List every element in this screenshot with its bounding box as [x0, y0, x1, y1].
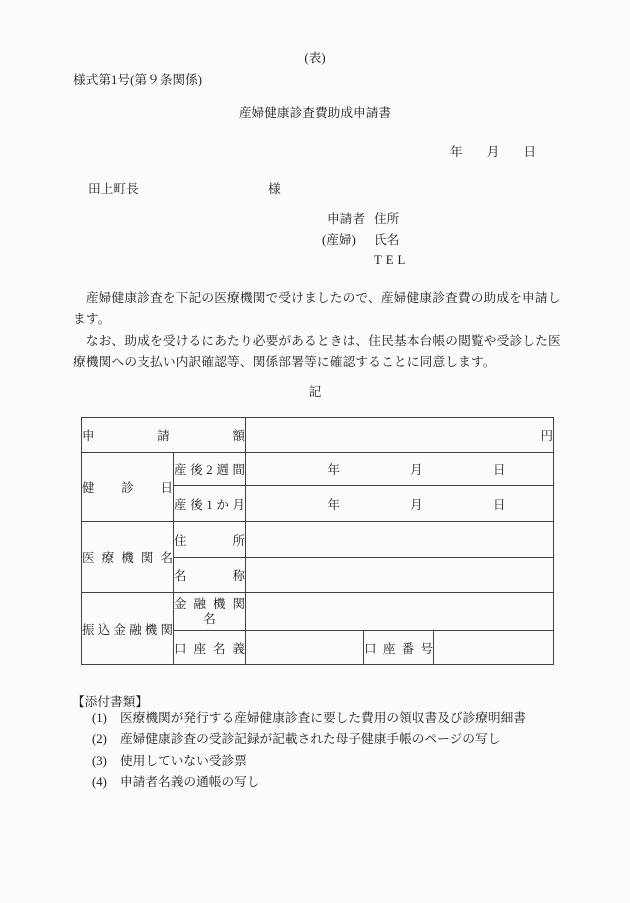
attachments-list: (1) 医療機関が発行する産婦健康診査に要した費用の領収書及び診療明細書 (2)… [92, 708, 526, 793]
application-amount-label: 申請額 [82, 418, 246, 453]
institution-name-label: 名称 [174, 558, 246, 593]
applicant-tel-label: TEL [374, 250, 409, 271]
medical-institution-group-label: 医療機関名 [82, 522, 174, 593]
attachment-item-number: (1) [92, 708, 120, 729]
list-item: (3) 使用していない受診票 [92, 751, 526, 772]
month-label: 月 [487, 141, 500, 160]
institution-address-value-cell [246, 522, 554, 558]
table-row-institution-address: 医療機関名 住所 [82, 522, 554, 558]
addressee-honorific: 様 [268, 178, 281, 197]
attachment-item-number: (2) [92, 729, 120, 750]
header-date-line: 年 月 日 [450, 141, 536, 160]
applicant-address-label: 住所 [374, 209, 409, 230]
month-label: 月 [410, 495, 423, 513]
institution-name-value-cell [246, 558, 554, 593]
page-title: 産婦健康診査費助成申請書 [0, 102, 630, 121]
note-marker: 記 [0, 381, 630, 400]
checkup-date-1month-value-cell: 年 月 日 [246, 486, 554, 522]
attachment-item-text: 申請者名義の通帳の写し [120, 772, 260, 793]
account-number-value-cell [434, 631, 554, 665]
day-label: 日 [493, 460, 506, 478]
attachment-item-number: (3) [92, 751, 120, 772]
attachment-item-number: (4) [92, 772, 120, 793]
applicant-block: 申請者 住所 (産婦) 氏名 TEL [322, 209, 409, 271]
table-row-amount: 申請額 円 [82, 418, 554, 453]
table-row-checkup-2weeks: 健診日 産後2週間 年 月 日 [82, 453, 554, 486]
body-line: 産婦健康診査を下記の医療機関で受けましたので、産婦健康診査費の助成を申請し [73, 288, 565, 309]
account-name-label: 口座名義 [174, 631, 246, 665]
list-item: (4) 申請者名義の通帳の写し [92, 772, 526, 793]
year-label: 年 [328, 495, 341, 513]
applicant-name-label: 氏名 [374, 230, 409, 251]
body-line: ます。 [73, 309, 565, 330]
application-form-page: (表) 様式第1号(第９条関係) 産婦健康診査費助成申請書 年 月 日 田上町長… [0, 0, 630, 903]
checkup-date-2weeks-value-cell: 年 月 日 [246, 453, 554, 486]
attachment-item-text: 使用していない受診票 [120, 751, 247, 772]
application-table: 申請額 円 健診日 産後2週間 年 月 日 産後1か月 年 月 日 [81, 417, 554, 665]
bank-group-label: 振込金融機関 [82, 593, 174, 665]
institution-address-label: 住所 [174, 522, 246, 558]
list-item: (1) 医療機関が発行する産婦健康診査に要した費用の領収書及び診療明細書 [92, 708, 526, 729]
postpartum-1month-label: 産後1か月 [174, 486, 246, 522]
list-item: (2) 産婦健康診査の受診記録が記載された母子健康手帳のページの写し [92, 729, 526, 750]
year-label: 年 [328, 460, 341, 478]
day-label: 日 [493, 495, 506, 513]
body-line: 療機関への支払い内訳確認等、関係部署等に確認することに同意します。 [73, 352, 565, 373]
attachment-item-text: 医療機関が発行する産婦健康診査に要した費用の領収書及び診療明細書 [120, 708, 526, 729]
day-label: 日 [523, 141, 536, 160]
month-label: 月 [410, 460, 423, 478]
addressee-name: 田上町長 [88, 178, 139, 197]
table-row-bank-name: 振込金融機関 金融機関 名 [82, 593, 554, 631]
body-paragraphs: 産婦健康診査を下記の医療機関で受けましたので、産婦健康診査費の助成を申請し ます… [73, 288, 565, 374]
form-number: 様式第1号(第９条関係) [73, 69, 202, 88]
application-amount-value-cell: 円 [246, 418, 554, 453]
body-line: なお、助成を受けるにあたり必要があるときは、住民基本台帳の閲覧や受診した医 [73, 331, 565, 352]
checkup-date-group-label: 健診日 [82, 453, 174, 522]
applicant-spacer [322, 250, 374, 271]
corner-note: (表) [0, 47, 630, 66]
bank-name-label: 金融機関 名 [174, 593, 246, 631]
bank-name-label-line1: 金融機関 [174, 597, 245, 612]
bank-name-value-cell [246, 593, 554, 631]
applicant-sanpu-label: (産婦) [322, 230, 374, 251]
year-label: 年 [450, 141, 463, 160]
attachment-item-text: 産婦健康診査の受診記録が記載された母子健康手帳のページの写し [120, 729, 500, 750]
account-name-value-cell [246, 631, 364, 665]
applicant-label: 申請者 [322, 209, 374, 230]
account-number-label: 口座番号 [364, 631, 434, 665]
bank-name-label-line2: 名 [174, 612, 245, 627]
postpartum-2weeks-label: 産後2週間 [174, 453, 246, 486]
